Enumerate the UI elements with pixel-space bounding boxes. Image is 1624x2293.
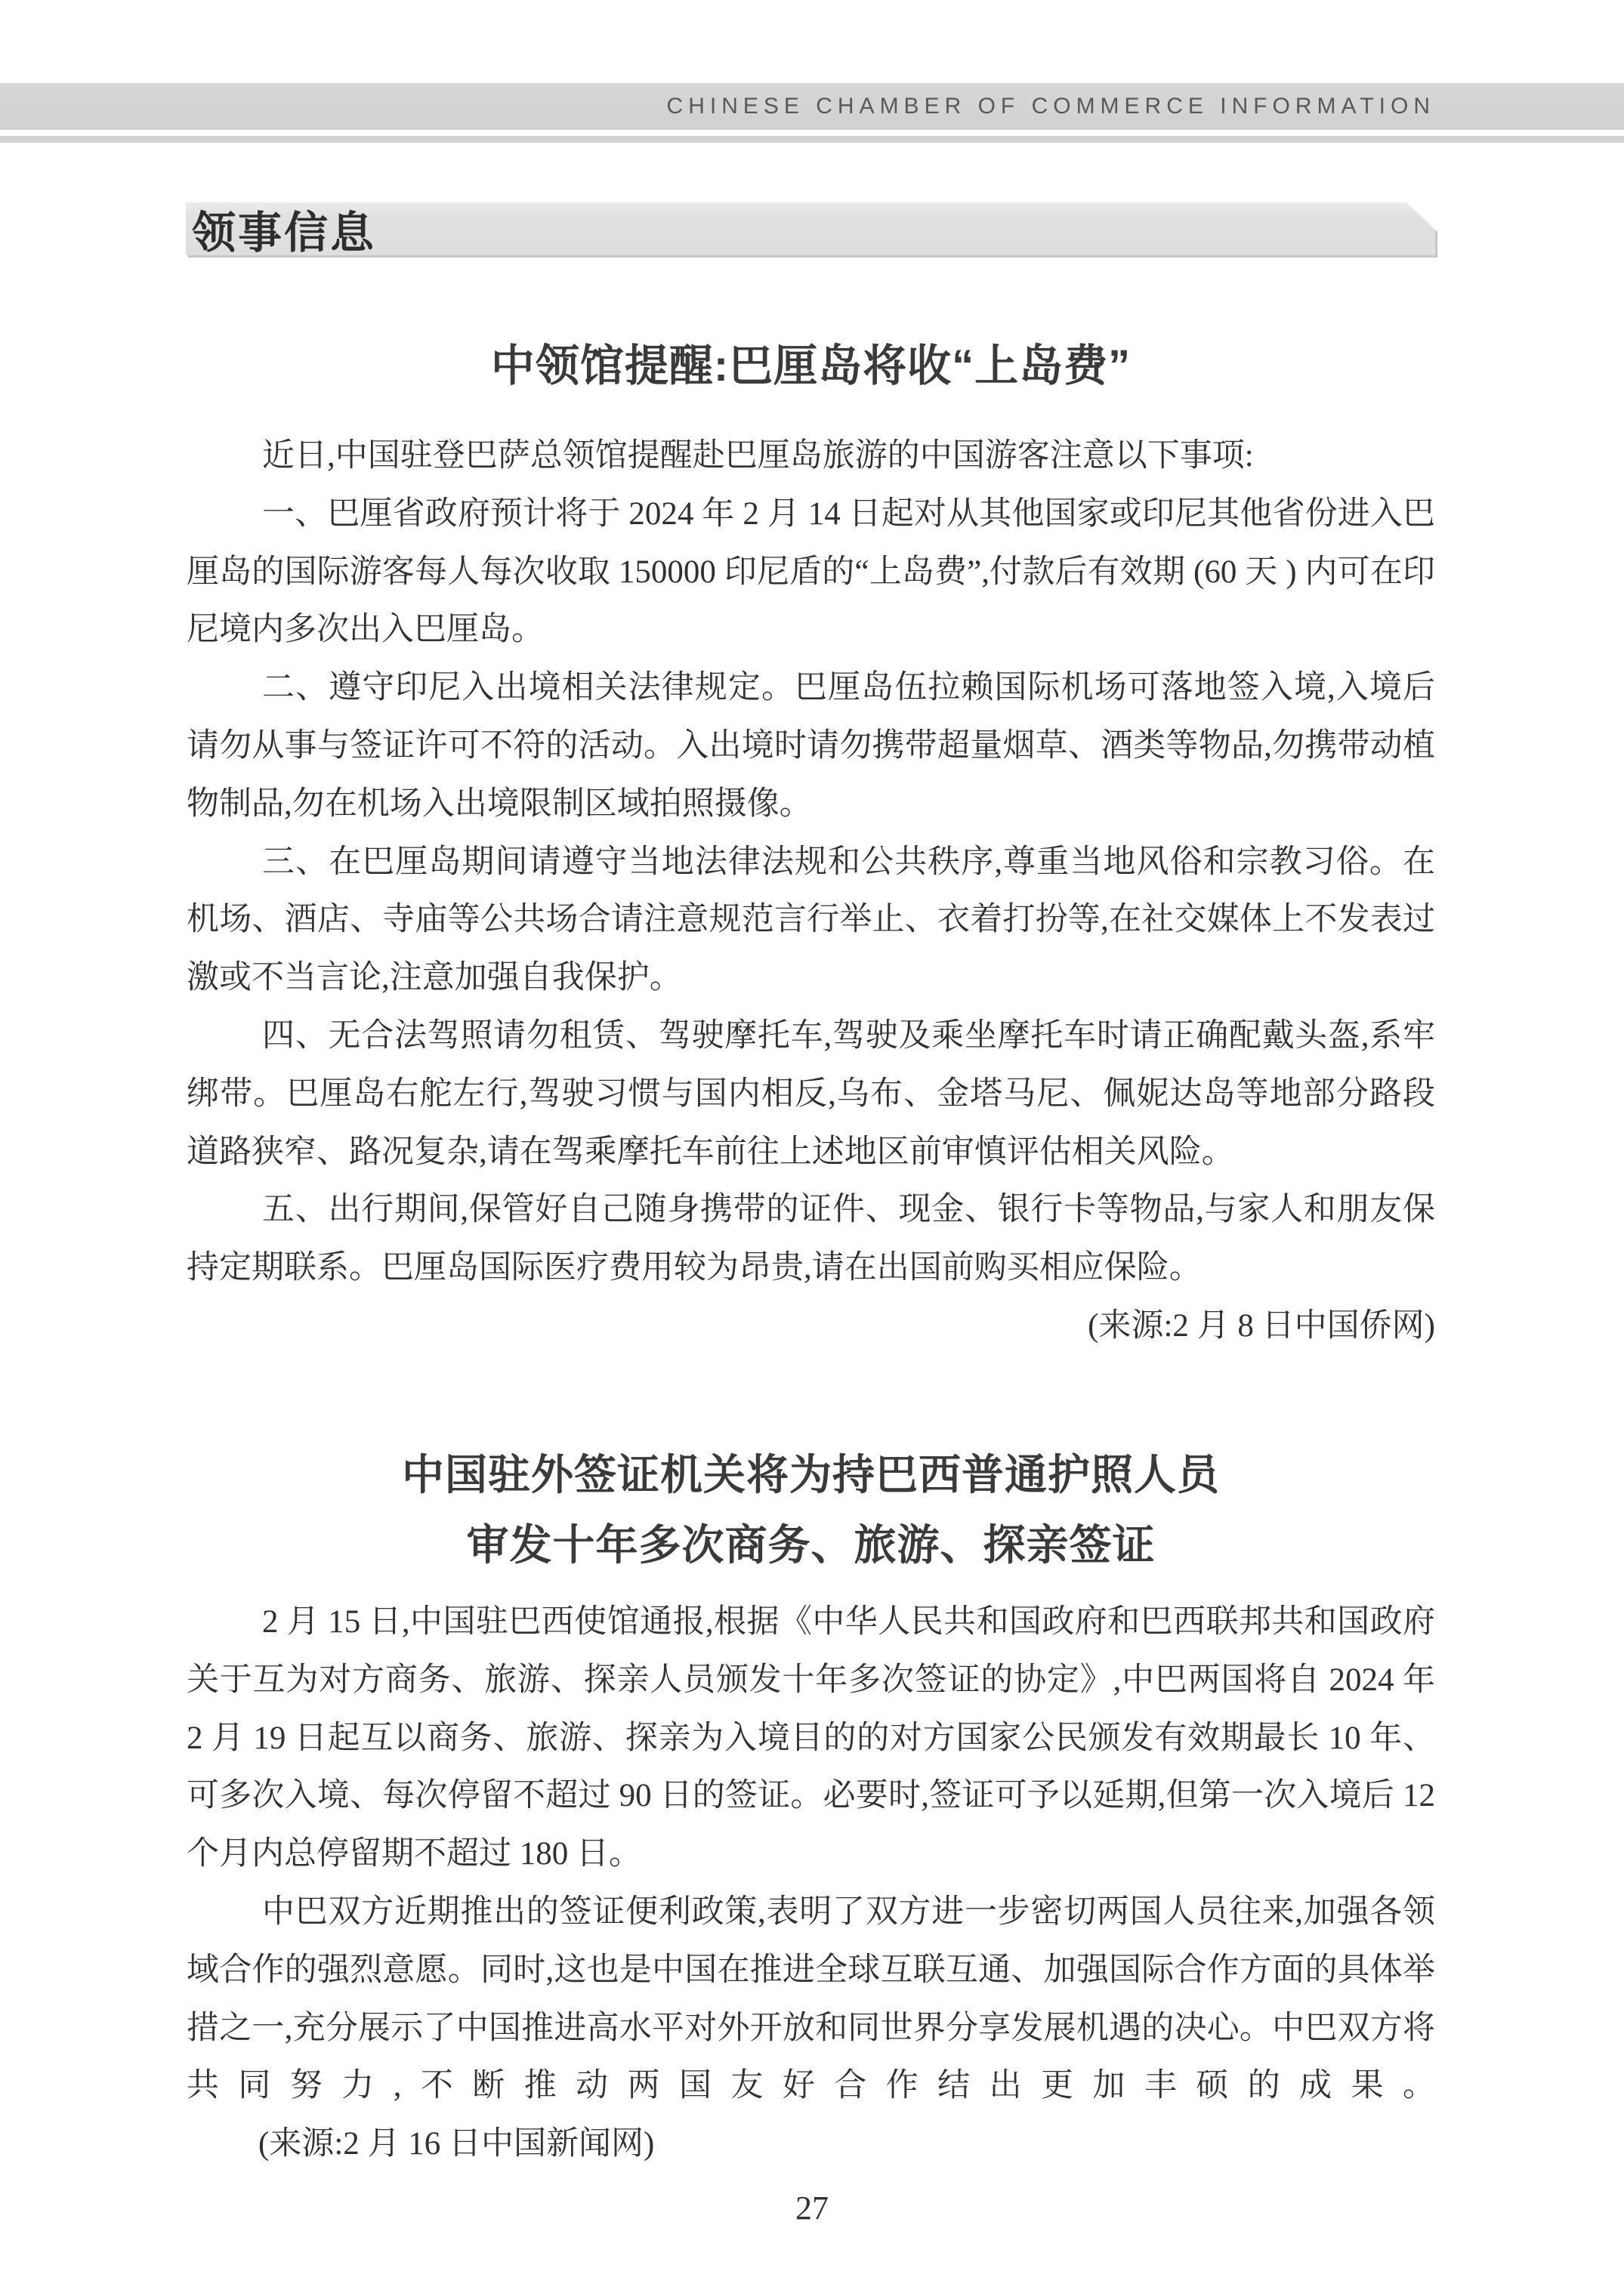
article1-paragraph-4: 三、在巴厘岛期间请遵守当地法律法规和公共秩序,尊重当地风俗和宗教习俗。在机场、酒… — [187, 834, 1435, 1008]
article1-paragraph-2: 一、巴厘省政府预计将于 2024 年 2 月 14 日起对从其他国家或印尼其他省… — [187, 486, 1435, 659]
article1-title: 中领馆提醒:巴厘岛将收“上岛费” — [187, 340, 1435, 393]
banner-divider-bar — [0, 136, 1624, 143]
section-header-bar: 领事信息 — [186, 202, 1435, 255]
article2-paragraph-1: 2 月 15 日,中国驻巴西使馆通报,根据《中华人民共和国政府和巴西联邦共和国政… — [187, 1594, 1435, 1884]
article2-paragraph-2-text: 中巴双方近期推出的签证便利政策,表明了双方进一步密切两国人员往来,加强各领域合作… — [187, 1894, 1435, 2103]
top-banner-bar: CHINESE CHAMBER OF COMMERCE INFORMATION — [0, 83, 1624, 130]
article2-paragraph-2: 中巴双方近期推出的签证便利政策,表明了双方进一步密切两国人员往来,加强各领域合作… — [187, 1884, 1435, 2174]
article2-title-line2: 审发十年多次商务、旅游、探亲签证 — [187, 1510, 1435, 1580]
article1-body: 近日,中国驻登巴萨总领馆提醒赴巴厘岛旅游的中国游客注意以下事项: 一、巴厘省政府… — [187, 427, 1435, 1356]
article2-title: 中国驻外签证机关将为持巴西普通护照人员 审发十年多次商务、旅游、探亲签证 — [187, 1440, 1435, 1580]
article1-paragraph-1: 近日,中国驻登巴萨总领馆提醒赴巴厘岛旅游的中国游客注意以下事项: — [187, 427, 1435, 486]
article1-paragraph-6: 五、出行期间,保管好自己随身携带的证件、现金、银行卡等物品,与家人和朋友保持定期… — [187, 1181, 1435, 1298]
section-header: 领事信息 — [186, 202, 1435, 255]
page-number: 27 — [0, 2189, 1624, 2227]
article2-title-line1: 中国驻外签证机关将为持巴西普通护照人员 — [187, 1440, 1435, 1510]
article2-body: 2 月 15 日,中国驻巴西使馆通报,根据《中华人民共和国政府和巴西联邦共和国政… — [187, 1594, 1435, 2174]
article1-paragraph-5: 四、无合法驾照请勿租赁、驾驶摩托车,驾驶及乘坐摩托车时请正确配戴头盔,系牢绑带。… — [187, 1008, 1435, 1181]
article1-paragraph-3: 二、遵守印尼入出境相关法律规定。巴厘岛伍拉赖国际机场可落地签入境,入境后请勿从事… — [187, 659, 1435, 833]
newsletter-page: { "banner": { "text": "CHINESE CHAMBER O… — [0, 0, 1624, 2293]
banner-text: CHINESE CHAMBER OF COMMERCE INFORMATION — [0, 83, 1624, 130]
article2-source: (来源:2 月 16 日中国新闻网) — [258, 2126, 654, 2162]
article1-source: (来源:2 月 8 日中国侨网) — [187, 1298, 1435, 1356]
section-title: 领事信息 — [186, 197, 376, 261]
